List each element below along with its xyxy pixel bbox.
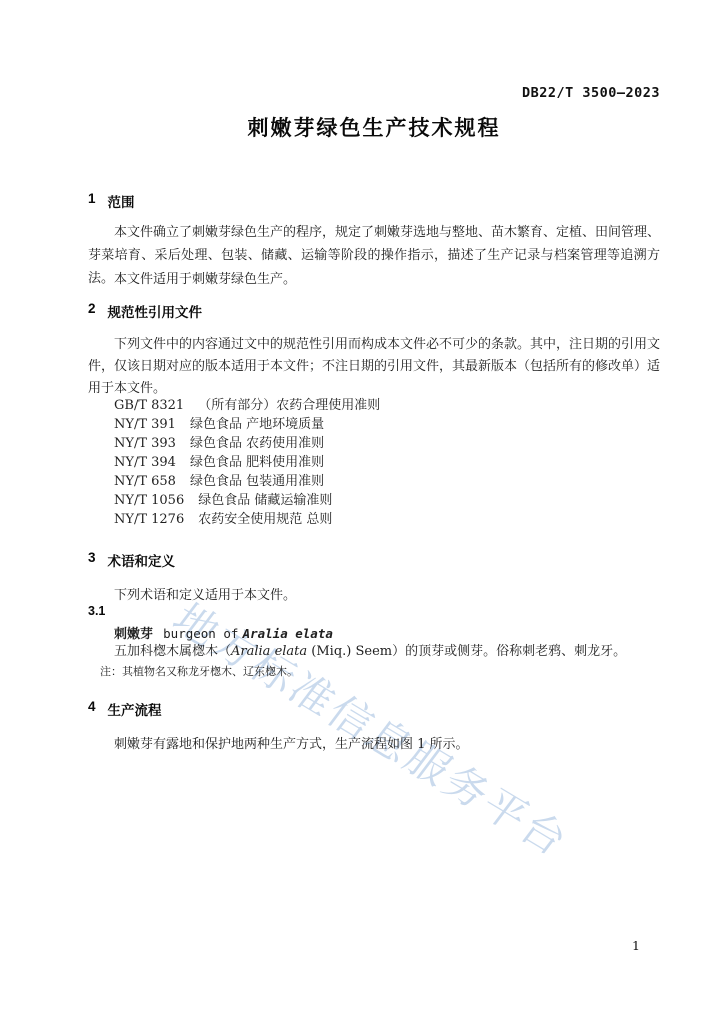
definition-prefix: 五加科楤木属楤木（ <box>114 644 231 659</box>
reference-title: 农药安全使用规范 总则 <box>198 512 332 527</box>
term-definition-text: 五加科楤木属楤木（Aralia elata (Miq.) Seem）的顶芽或侧芽… <box>88 642 660 661</box>
section-number: 4 <box>88 699 96 719</box>
reference-item: NY/T 393绿色食品 农药使用准则 <box>114 434 660 453</box>
section-heading-normative-references: 2 规范性引用文件 <box>88 301 660 321</box>
reference-code: NY/T 391 <box>114 415 176 434</box>
section-title: 术语和定义 <box>108 550 176 570</box>
reference-title: 绿色食品 包装通用准则 <box>190 474 324 489</box>
document-code: DB22/T 3500—2023 <box>88 85 660 101</box>
page-number: 1 <box>560 938 640 953</box>
reference-list: GB/T 8321（所有部分）农药合理使用准则 NY/T 391绿色食品 产地环… <box>88 396 660 529</box>
section-number: 2 <box>88 301 96 321</box>
note-text: 其植物名又称龙牙楤木、辽东楤木。 <box>122 665 298 678</box>
term-note: 注：其植物名又称龙牙楤木、辽东楤木。 <box>88 663 660 679</box>
term-latin-name: Aralia elata <box>243 626 333 641</box>
reference-item: NY/T 394绿色食品 肥料使用准则 <box>114 453 660 472</box>
definition-suffix: (Miq.) Seem）的顶芽或侧芽。俗称刺老鸦、刺龙牙。 <box>307 644 626 659</box>
section-title: 范围 <box>108 191 135 211</box>
note-label: 注： <box>100 665 122 678</box>
scope-paragraph-2: 本文件适用于刺嫩芽绿色生产。 <box>88 268 660 291</box>
reference-code: GB/T 8321 <box>114 396 184 415</box>
section-heading-terms: 3 术语和定义 <box>88 550 660 570</box>
reference-item: NY/T 1276农药安全使用规范 总则 <box>114 510 660 529</box>
reference-title: 绿色食品 产地环境质量 <box>190 417 324 432</box>
term-item-number: 3.1 <box>88 604 660 618</box>
section-title: 生产流程 <box>108 699 162 719</box>
section-heading-scope: 1 范围 <box>88 191 660 211</box>
reference-item: GB/T 8321（所有部分）农药合理使用准则 <box>114 396 660 415</box>
section-number: 1 <box>88 191 96 211</box>
term-english: burgeon of <box>163 626 238 641</box>
page-title: 刺嫩芽绿色生产技术规程 <box>88 112 660 142</box>
reference-item: NY/T 658绿色食品 包装通用准则 <box>114 472 660 491</box>
section-title: 规范性引用文件 <box>108 301 203 321</box>
reference-title: （所有部分）农药合理使用准则 <box>198 398 380 413</box>
section-heading-process: 4 生产流程 <box>88 699 660 719</box>
term-definition-heading: 刺嫩芽 burgeon of Aralia elata <box>88 623 660 642</box>
reference-code: NY/T 1276 <box>114 510 184 529</box>
standard-document-page: 地方标准信息服务平台 DB22/T 3500—2023 刺嫩芽绿色生产技术规程 … <box>0 0 724 1024</box>
reference-code: NY/T 658 <box>114 472 176 491</box>
reference-title: 绿色食品 储藏运输准则 <box>198 493 332 508</box>
reference-title: 绿色食品 肥料使用准则 <box>190 455 324 470</box>
term-chinese: 刺嫩芽 <box>114 626 153 641</box>
reference-title: 绿色食品 农药使用准则 <box>190 436 324 451</box>
reference-item: NY/T 391绿色食品 产地环境质量 <box>114 415 660 434</box>
section-number: 3 <box>88 550 96 570</box>
process-paragraph: 刺嫩芽有露地和保护地两种生产方式，生产流程如图 1 所示。 <box>88 733 660 756</box>
definition-latin-name: Aralia elata <box>231 644 307 659</box>
reference-code: NY/T 394 <box>114 453 176 472</box>
normative-intro-paragraph: 下列文件中的内容通过文中的规范性引用而构成本文件必不可少的条款。其中，注日期的引… <box>88 334 660 400</box>
reference-code: NY/T 393 <box>114 434 176 453</box>
reference-code: NY/T 1056 <box>114 491 184 510</box>
reference-item: NY/T 1056绿色食品 储藏运输准则 <box>114 491 660 510</box>
